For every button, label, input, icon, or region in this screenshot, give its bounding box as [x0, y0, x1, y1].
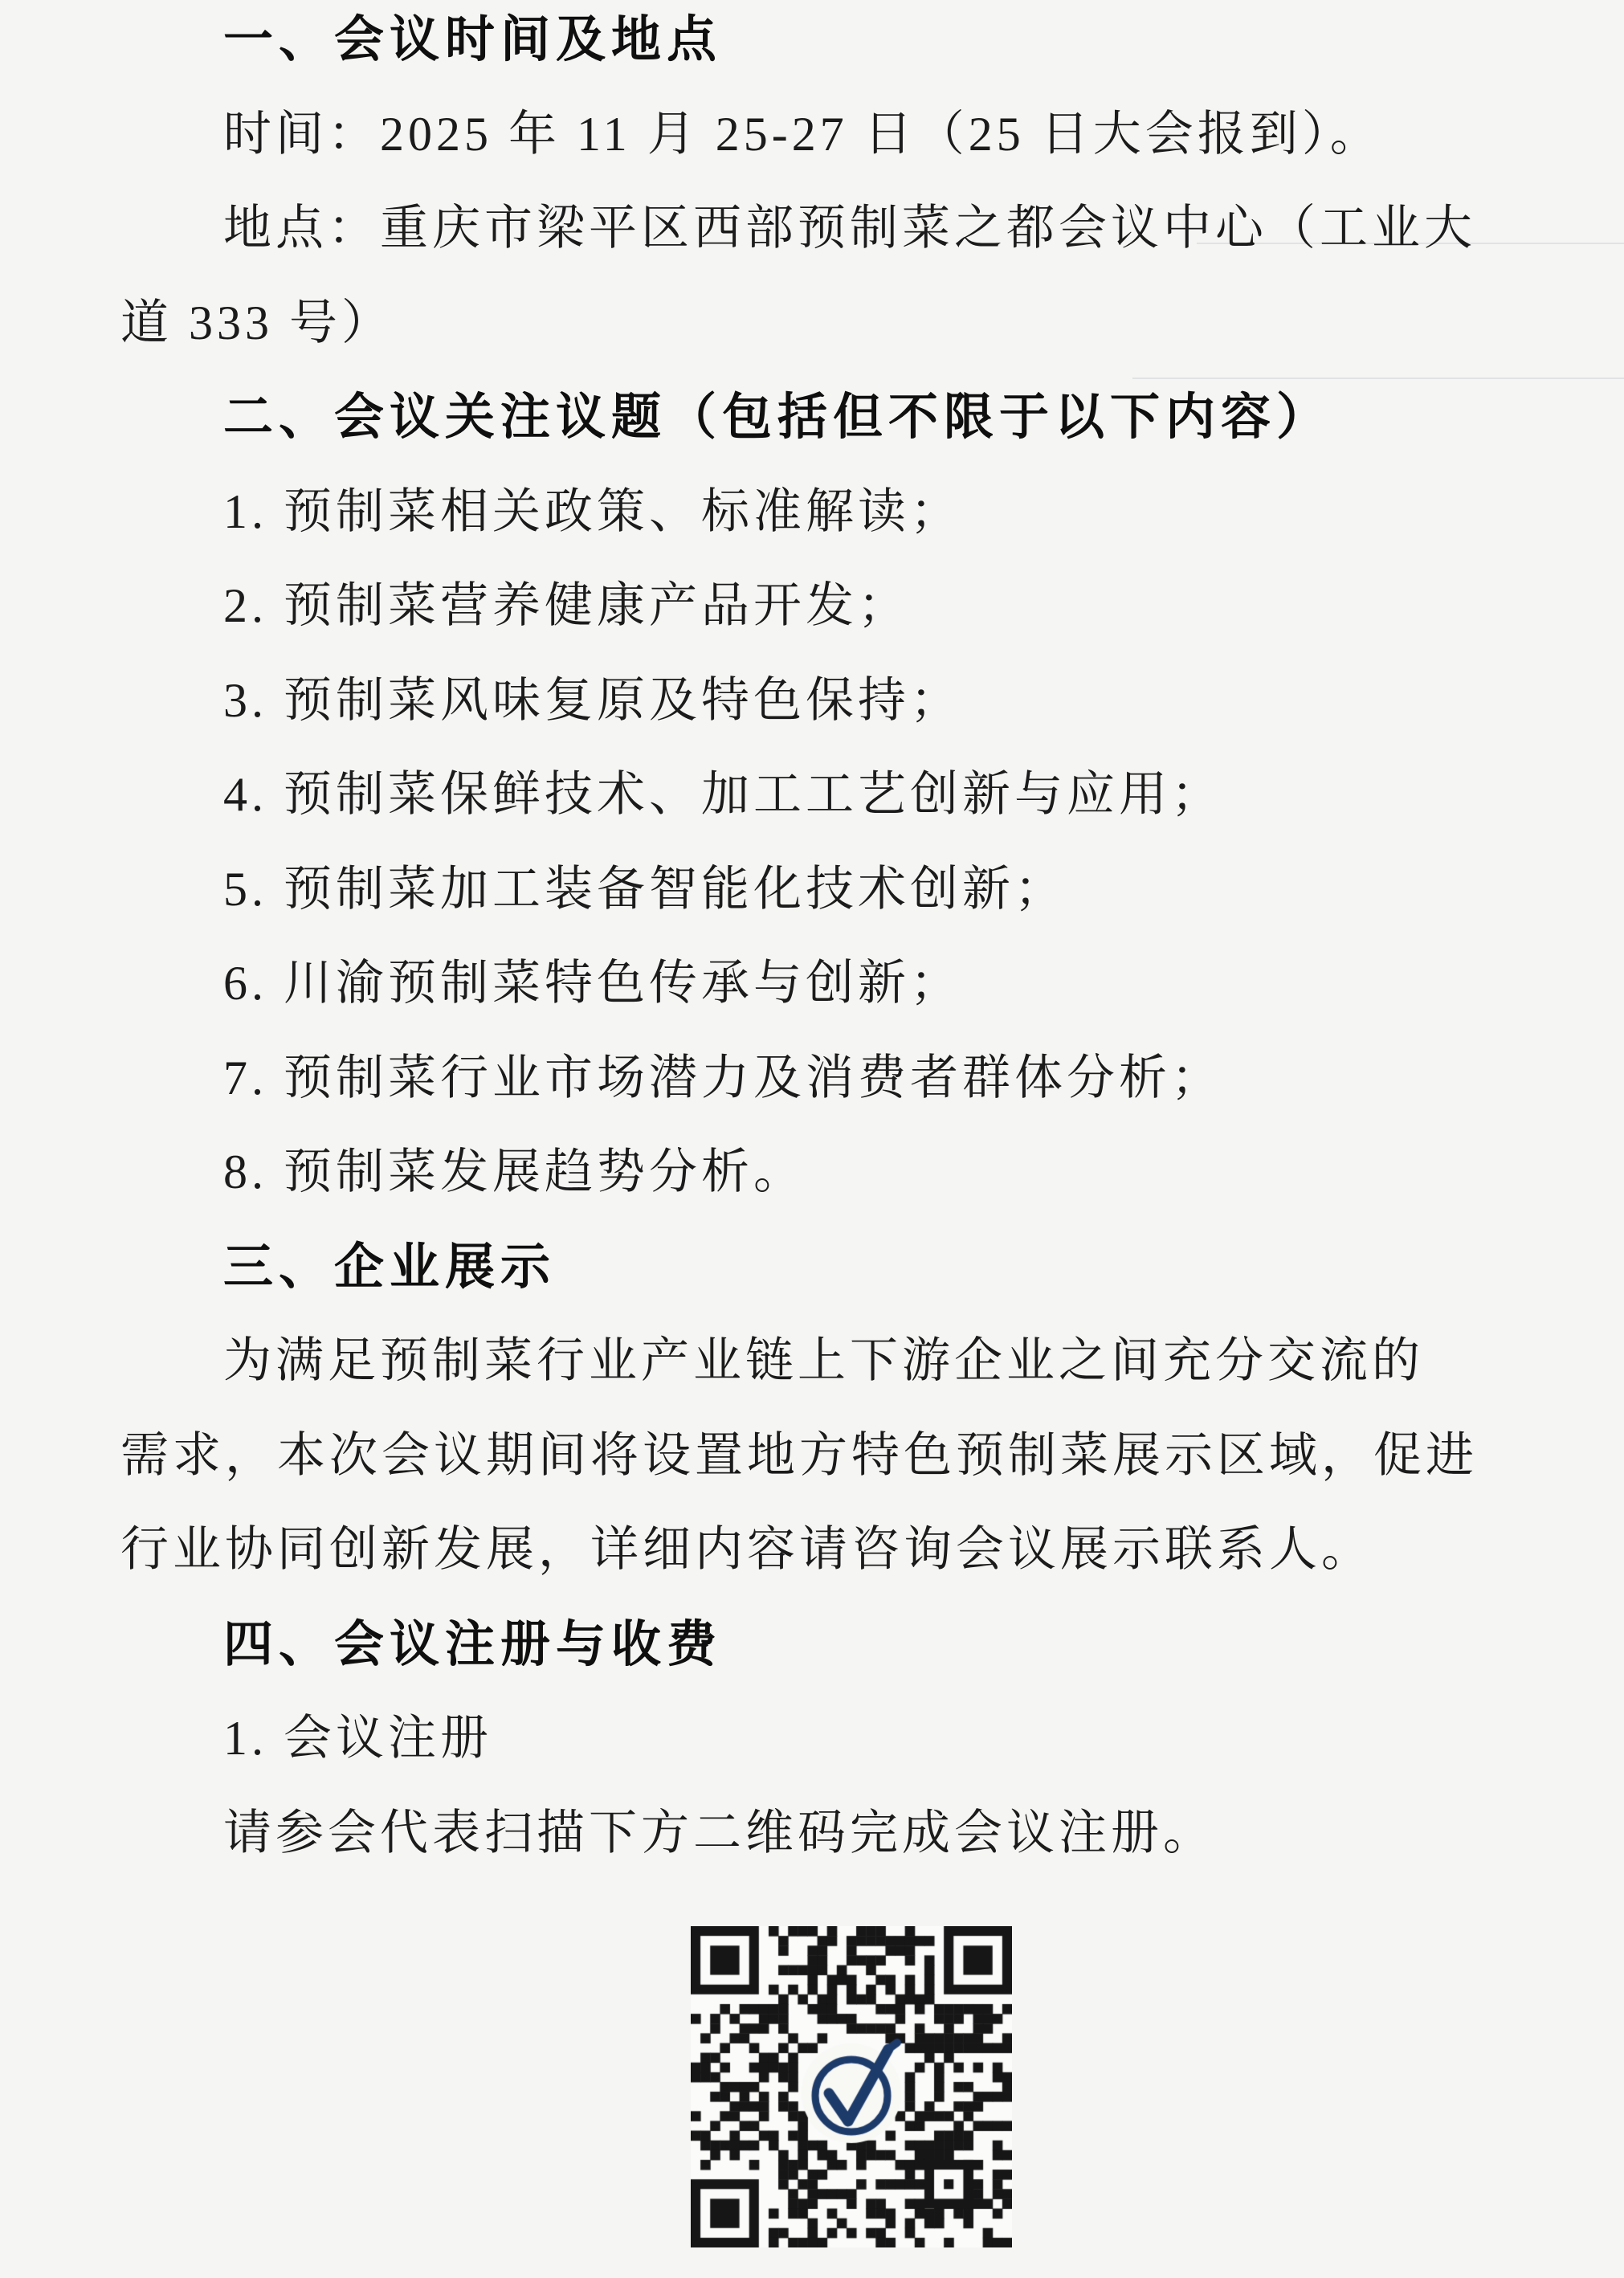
doc-line: 8. 预制菜发展趋势分析。: [120, 1125, 1518, 1220]
doc-line: 3. 预制菜风味复原及特色保持；: [120, 654, 1518, 749]
doc-line: 道 333 号）: [120, 276, 1518, 371]
doc-line: 1. 会议注册: [120, 1692, 1518, 1786]
section-heading: 二、会议关注议题（包括但不限于以下内容）: [120, 370, 1518, 465]
document-text: 一、会议时间及地点时间：2025 年 11 月 25-27 日（25 日大会报到…: [120, 0, 1518, 1880]
doc-line: 为满足预制菜行业产业链上下游企业之间充分交流的: [120, 1314, 1518, 1409]
doc-line: 请参会代表扫描下方二维码完成会议注册。: [120, 1786, 1518, 1881]
doc-line: 5. 预制菜加工装备智能化技术创新；: [120, 843, 1518, 937]
doc-line: 时间：2025 年 11 月 25-27 日（25 日大会报到）。: [120, 88, 1518, 182]
doc-line: 2. 预制菜营养健康产品开发；: [120, 559, 1518, 654]
doc-line: 7. 预制菜行业市场潜力及消费者群体分析；: [120, 1031, 1518, 1126]
doc-line: 1. 预制菜相关政策、标准解读；: [120, 465, 1518, 560]
document-page: 一、会议时间及地点时间：2025 年 11 月 25-27 日（25 日大会报到…: [0, 0, 1624, 2278]
registration-qr-code: [691, 1926, 1012, 2247]
doc-line: 6. 川渝预制菜特色传承与创新；: [120, 937, 1518, 1031]
doc-line: 4. 预制菜保鲜技术、加工工艺创新与应用；: [120, 748, 1518, 843]
section-heading: 三、企业展示: [120, 1220, 1518, 1315]
section-heading: 四、会议注册与收费: [120, 1598, 1518, 1692]
doc-line: 行业协同创新发展，详细内容请咨询会议展示联系人。: [120, 1503, 1518, 1598]
section-heading: 一、会议时间及地点: [120, 0, 1518, 88]
doc-line: 地点：重庆市梁平区西部预制菜之都会议中心（工业大: [120, 182, 1518, 276]
doc-line: 需求，本次会议期间将设置地方特色预制菜展示区域，促进: [120, 1409, 1518, 1504]
